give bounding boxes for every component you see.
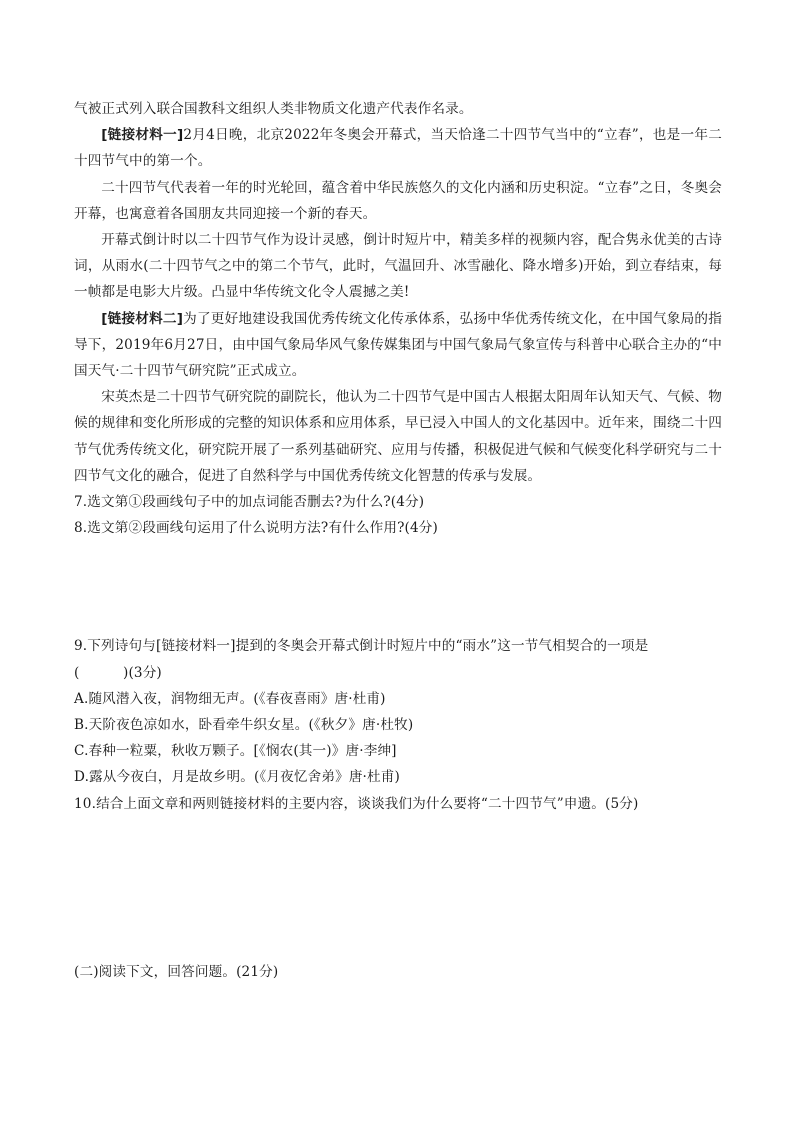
- question-10: 10.结合上面文章和两则链接材料的主要内容，谈谈我们为什么要将“二十四节气”申遗…: [74, 791, 722, 817]
- link-material-one: [链接材料一]2月4日晚，北京2022年冬奥会开幕式，当天恰逢二十四节气当中的“…: [74, 122, 722, 174]
- question-8: 8.选文第②段画线句运用了什么说明方法?有什么作用?(4分): [74, 515, 722, 541]
- paragraph-continuation: 气被正式列入联合国教科文组织人类非物质文化遗产代表作名录。: [74, 96, 722, 122]
- paragraph-solar-terms-meaning: 二十四节气代表着一年的时光轮回，蕴含着中华民族悠久的文化内涵和历史积淀。“立春”…: [74, 175, 722, 227]
- link-material-two-label: [链接材料二]: [101, 311, 183, 327]
- question-7: 7.选文第①段画线句子中的加点词能否删去?为什么?(4分): [74, 489, 722, 515]
- question-9-stem-text: 9.下列诗句与[链接材料一]提到的冬奥会开幕式倒计时短片中的“雨水”这一节气相契…: [74, 638, 648, 654]
- paragraph-countdown-film: 开幕式倒计时以二十四节气作为设计灵感，倒计时短片中，精美多样的视频内容，配合隽永…: [74, 227, 722, 306]
- section-two-heading: (二)阅读下文，回答问题。(21分): [74, 959, 722, 985]
- question-9-option-a: A.随风潜入夜，润物细无声。(《春夜喜雨》唐·杜甫): [74, 686, 722, 712]
- link-material-two: [链接材料二]为了更好地建设我国优秀传统文化传承体系，弘扬中华优秀传统文化，在中…: [74, 306, 722, 385]
- question-9-paren-open: (: [74, 665, 79, 681]
- question-9-paren-close: )(3分): [123, 665, 162, 681]
- link-material-one-label: [链接材料一]: [101, 127, 183, 143]
- question-9-option-c: C.春种一粒粟，秋收万颗子。[《悯农(其一)》唐·李绅]: [74, 738, 722, 764]
- question-9-option-b: B.天阶夜色凉如水，卧看牵牛织女星。(《秋夕》唐·杜牧): [74, 712, 722, 738]
- question-9-stem: 9.下列诗句与[链接材料一]提到的冬奥会开幕式倒计时短片中的“雨水”这一节气相契…: [74, 633, 722, 685]
- answer-space-question-8: [74, 541, 722, 633]
- paragraph-song-yingjie: 宋英杰是二十四节气研究院的副院长，他认为二十四节气是中国古人根据太阳周年认知天气…: [74, 384, 722, 489]
- question-9-option-d: D.露从今夜白，月是故乡明。(《月夜忆舍弟》唐·杜甫): [74, 764, 722, 790]
- answer-space-question-10: [74, 817, 722, 959]
- document-page: 气被正式列入联合国教科文组织人类非物质文化遗产代表作名录。 [链接材料一]2月4…: [74, 96, 722, 985]
